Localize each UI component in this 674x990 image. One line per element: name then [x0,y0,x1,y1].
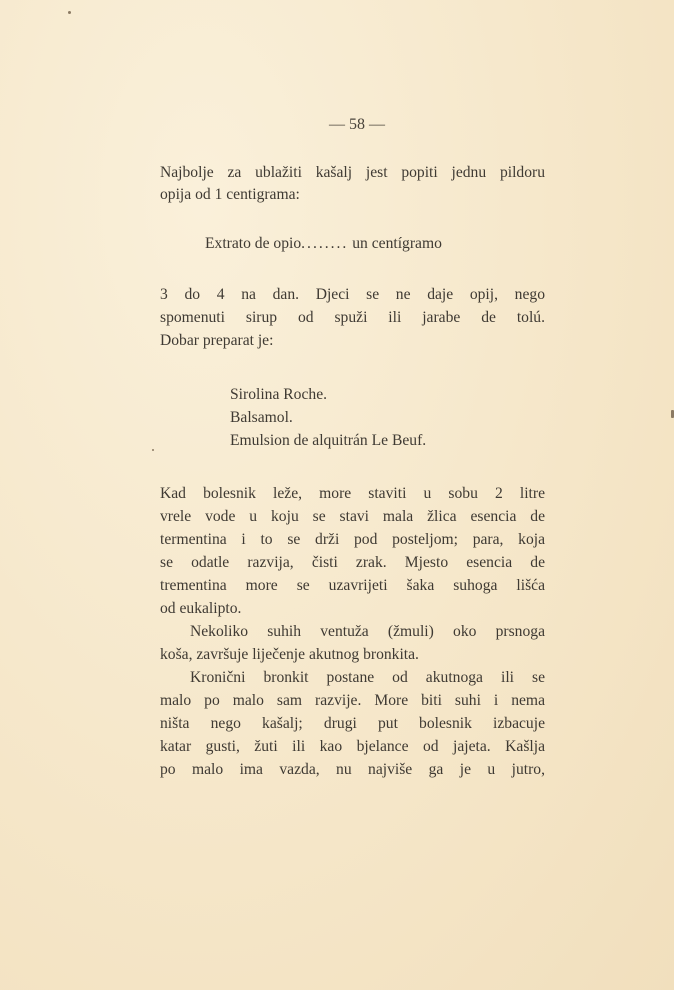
text-line: Kad bolesnik leže, more staviti u sobu 2… [160,483,545,505]
text-line: ništa nego kašalj; drugi put bolesnik iz… [160,713,545,735]
text-line: 3 do 4 na dan. Djeci se ne daje opij, ne… [160,284,545,306]
text-line: se odatle razvija, čisti zrak. Mjesto es… [160,552,545,574]
text-line: opija od 1 centigrama: [160,184,545,206]
text-line: koša, završuje liječenje akutnog bronkit… [160,644,545,666]
text-line: Najbolje za ublažiti kašalj jest popiti … [160,162,545,184]
text-line: Nekoliko suhih ventuža (žmuli) oko prsno… [190,621,545,643]
formula-amount: un centígramo [352,235,442,252]
text-line: katar gusti, žuti ili kao bjelance od ja… [160,736,545,758]
text-line: po malo ima vazda, nu najviše ga je u ju… [160,759,545,781]
preparation-item: Emulsion de alquitrán Le Beuf. [230,430,615,452]
text-line: trementina more se uzavrijeti šaka suhog… [160,575,545,597]
preparation-item: Balsamol. [230,407,615,429]
text-line: spomenuti sirup od spuži ili jarabe de t… [160,307,545,329]
formula-dots: ........ [301,235,348,252]
formula-name: Extrato de opio [205,235,301,252]
page-number: — 58 — [0,116,674,134]
formula-line: Extrato de opio........ un centígramo [205,233,545,255]
text-line: Dobar preparat je: [160,330,545,352]
paper-speck [68,11,71,14]
text-line: od eukalipto. [160,598,545,620]
text-line: Kronični bronkit postane od akutnoga ili… [190,667,545,689]
paper-speck [152,449,154,451]
text-line: termentina i to se drži pod posteljom; p… [160,529,545,551]
preparation-item: Sirolina Roche. [230,384,615,406]
text-line: vrele vode u koju se stavi mala žlica es… [160,506,545,528]
text-line: malo po malo sam razvije. More biti suhi… [160,690,545,712]
book-page: — 58 — Najbolje za ublažiti kašalj jest … [0,0,674,990]
